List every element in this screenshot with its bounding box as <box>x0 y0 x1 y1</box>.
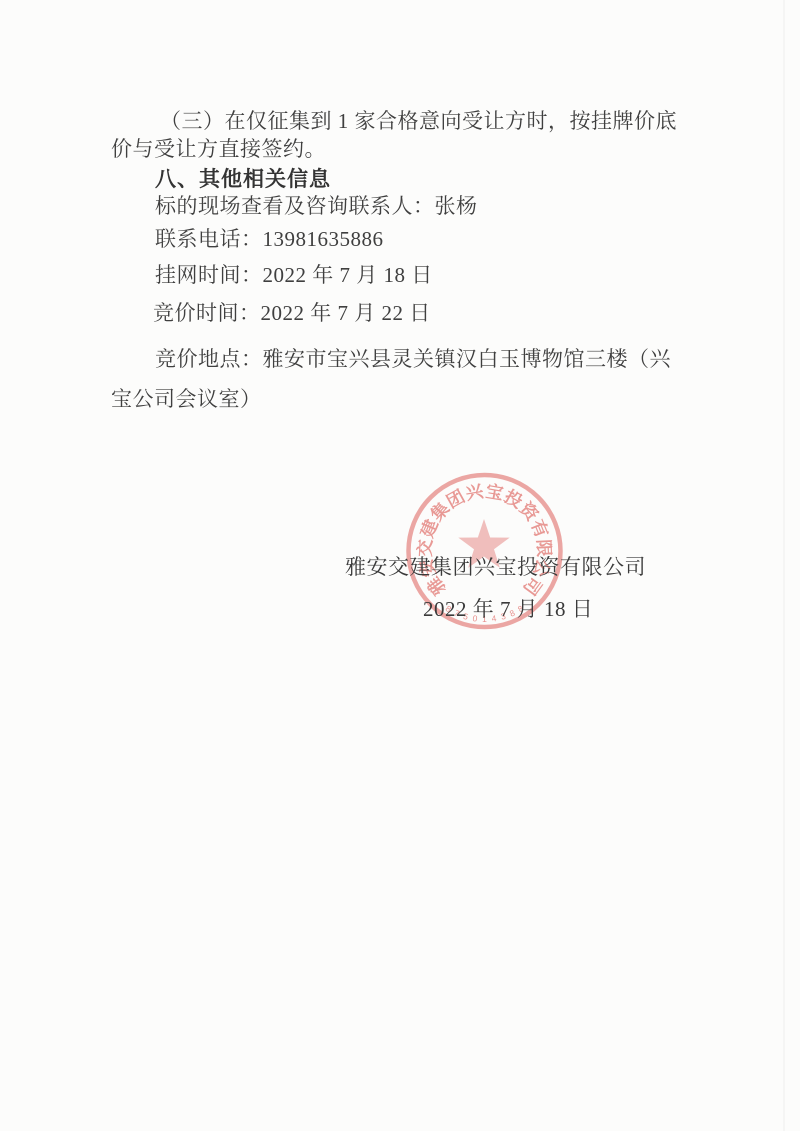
listing-time-line: 挂网时间：2022 年 7 月 18 日 <box>155 265 433 286</box>
scanned-document-page: （三）在仅征集到 1 家合格意向受让方时，按挂牌价底 价与受让方直接签约。 八、… <box>0 0 800 1131</box>
bidding-time-line: 竞价时间：2022 年 7 月 22 日 <box>153 303 431 324</box>
section-heading-other-info: 八、其他相关信息 <box>155 169 331 190</box>
contact-person-line: 标的现场查看及咨询联系人：张杨 <box>155 196 478 217</box>
scan-artifact-line <box>783 0 785 1131</box>
phone-number-line: 联系电话：13981635886 <box>155 229 384 250</box>
signature-date: 2022 年 7 月 18 日 <box>423 599 593 620</box>
bidding-location-line-2: 宝公司会议室） <box>111 389 262 410</box>
clause-three-line-1: （三）在仅征集到 1 家合格意向受让方时，按挂牌价底 <box>160 111 677 132</box>
clause-three-line-2: 价与受让方直接签约。 <box>111 139 326 160</box>
signature-company-name: 雅安交建集团兴宝投资有限公司 <box>345 557 646 578</box>
seal-arc-char: 兴 <box>464 481 485 504</box>
bidding-location-line-1: 竞价地点：雅安市宝兴县灵关镇汉白玉博物馆三楼（兴 <box>155 349 671 370</box>
